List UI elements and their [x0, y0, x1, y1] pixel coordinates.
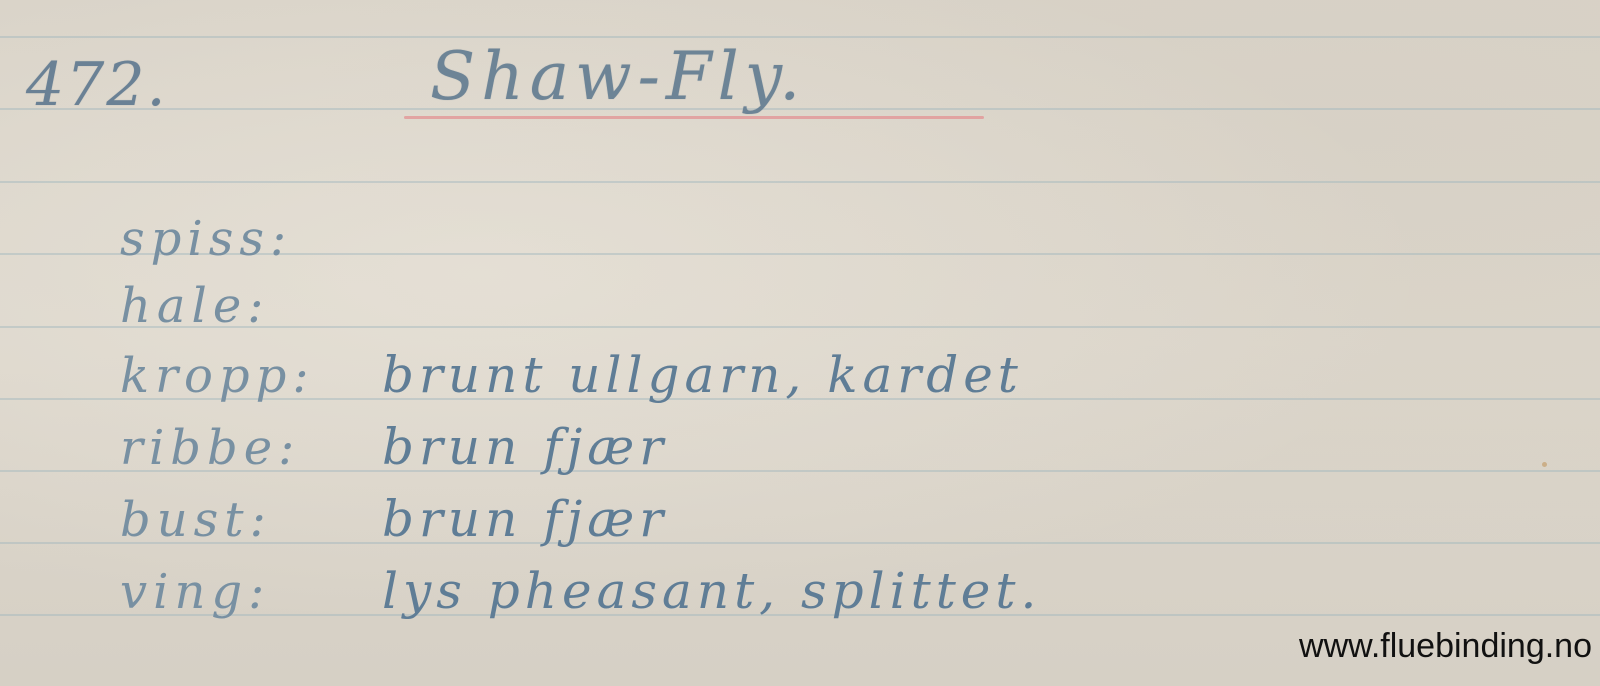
title-underline	[404, 116, 984, 119]
recipe-value: lys pheasant, splittet.	[382, 562, 1041, 620]
recipe-row-hale: hale:	[120, 262, 382, 334]
recipe-row-spiss: spiss:	[120, 195, 382, 267]
entry-number: 472.	[26, 50, 168, 120]
page-title: Shaw-Fly.	[430, 38, 806, 115]
recipe-value: brunt ullgarn, kardet	[382, 346, 1023, 404]
recipe-value: brun fjær	[382, 418, 668, 476]
recipe-label: kropp:	[120, 348, 382, 404]
recipe-row-bust: bust: brun fjær	[120, 476, 668, 548]
recipe-value: brun fjær	[382, 490, 668, 548]
recipe-label: hale:	[120, 278, 382, 334]
notebook-page: 472. Shaw-Fly. spiss: hale: kropp: brunt…	[0, 0, 1600, 686]
recipe-label: spiss:	[120, 211, 382, 267]
watermark-link[interactable]: www.fluebinding.no	[1299, 627, 1592, 666]
recipe-row-ribbe: ribbe: brun fjær	[120, 404, 668, 476]
recipe-label: ribbe:	[120, 420, 382, 476]
recipe-label: bust:	[120, 492, 382, 548]
recipe-row-kropp: kropp: brunt ullgarn, kardet	[120, 332, 1023, 404]
recipe-label: ving:	[120, 564, 382, 620]
recipe-row-ving: ving: lys pheasant, splittet.	[120, 548, 1041, 620]
paper-stain	[1542, 462, 1547, 467]
ruled-line	[0, 181, 1600, 183]
